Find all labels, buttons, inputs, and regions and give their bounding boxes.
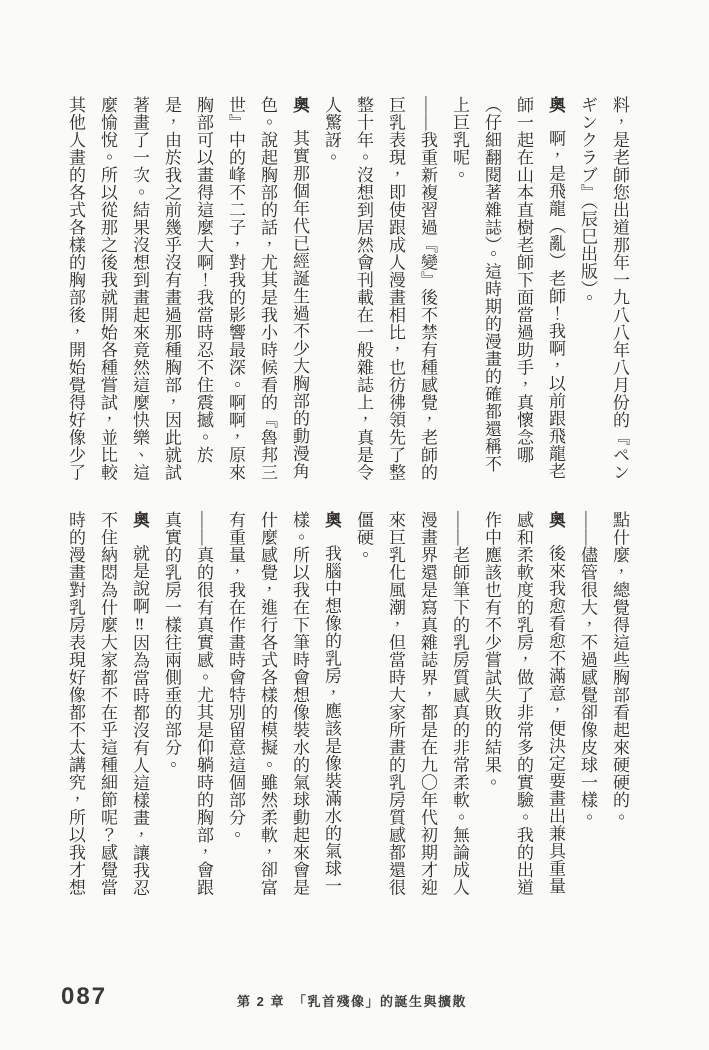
speaker-label: 奧 — [322, 511, 341, 529]
paragraph-text: 啊，是飛龍（亂）老師！我啊，以前跟飛龍老師一起在山本直樹老師下面當過助手，真懷念… — [450, 96, 565, 480]
paragraph: 奧啊，是飛龍（亂）老師！我啊，以前跟飛龍老師一起在山本直樹老師下面當過助手，真懷… — [443, 96, 571, 485]
paragraph-text: 就是說啊‼因為當時都沒有人這樣畫，讓我忍不住納悶為什麼大家都不在乎這種細節呢？感… — [66, 511, 149, 897]
text-band-top: 料，是老師您出道那年一九八八年八月份的『ペンギンクラブ』（辰巳出版）。 奧啊，是… — [55, 96, 635, 485]
paragraph: ——儘管很大，不過感覺卻像皮球一樣。 — [571, 511, 603, 900]
speaker-label: 奧 — [290, 96, 309, 114]
footer-chapter-title: 第 2 章 「乳首殘像」的誕生與擴散 — [237, 991, 467, 1010]
paragraph-text: 料，是老師您出道那年一九八八年八月份的『ペンギンクラブ』（辰巳出版）。 — [578, 96, 629, 481]
paragraph-text: 我腦中想像的乳房，應該是像裝滿水的氣球一樣。所以我在下筆時會想像裝水的氣球動起來… — [226, 511, 341, 896]
book-page: 料，是老師您出道那年一九八八年八月份的『ペンギンクラブ』（辰巳出版）。 奧啊，是… — [0, 0, 709, 1050]
paragraph-text: 其實那個年代已經誕生過不少大胸部的動漫角色。說起胸部的話，尤其是我小時候看的『魯… — [66, 96, 309, 481]
paragraph: 奧後來我愈看愈不滿意，便決定要畫出兼具重量感和柔軟度的乳房，做了非常多的實驗。我… — [475, 511, 571, 900]
page-number: 087 — [61, 983, 107, 1011]
speaker-label: 奧 — [130, 511, 149, 529]
paragraph: ——真的很有真實感。尤其是仰躺時的胸部，會跟真實的乳房一樣往兩側垂的部分。 — [155, 511, 219, 900]
paragraph: 奧其實那個年代已經誕生過不少大胸部的動漫角色。說起胸部的話，尤其是我小時候看的『… — [59, 96, 315, 485]
paragraph-text: ——儘管很大，不過感覺卻像皮球一樣。 — [578, 511, 597, 826]
paragraph: 點什麼，總覺得這些胸部看起來硬硬的。 — [603, 511, 635, 900]
paragraph: ——老師筆下的乳房質感真的非常柔軟。無論成人漫畫界還是寫真雜誌界，都是在九〇年代… — [347, 511, 475, 900]
paragraph: 奧我腦中想像的乳房，應該是像裝滿水的氣球一樣。所以我在下筆時會想像裝水的氣球動起… — [219, 511, 347, 900]
paragraph-text: 後來我愈看愈不滿意，便決定要畫出兼具重量感和柔軟度的乳房，做了非常多的實驗。我的… — [482, 511, 565, 896]
speaker-label: 奧 — [546, 96, 565, 114]
paragraph-text: ——老師筆下的乳房質感真的非常柔軟。無論成人漫畫界還是寫真雜誌界，都是在九〇年代… — [354, 511, 469, 896]
paragraph: ——我重新複習過『變』後不禁有種感覺，老師的巨乳表現，即使跟成人漫畫相比，也彷彿… — [315, 96, 443, 485]
paragraph-text: ——我重新複習過『變』後不禁有種感覺，老師的巨乳表現，即使跟成人漫畫相比，也彷彿… — [322, 96, 437, 481]
text-band-bottom: 點什麼，總覺得這些胸部看起來硬硬的。 ——儘管很大，不過感覺卻像皮球一樣。 奧後… — [55, 511, 635, 900]
paragraph: 奧就是說啊‼因為當時都沒有人這樣畫，讓我忍不住納悶為什麼大家都不在乎這種細節呢？… — [59, 511, 155, 900]
speaker-label: 奧 — [546, 511, 565, 529]
paragraph-text: 點什麼，總覺得這些胸部看起來硬硬的。 — [610, 511, 629, 826]
paragraph-text: ——真的很有真實感。尤其是仰躺時的胸部，會跟真實的乳房一樣往兩側垂的部分。 — [162, 511, 213, 896]
paragraph: 料，是老師您出道那年一九八八年八月份的『ペンギンクラブ』（辰巳出版）。 — [571, 96, 635, 485]
